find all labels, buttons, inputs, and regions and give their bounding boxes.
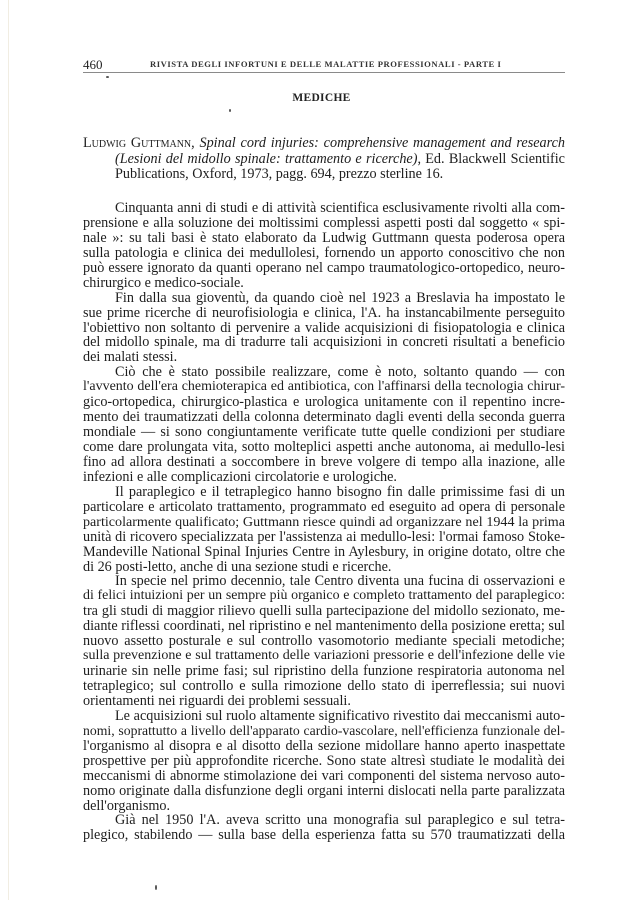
body-line: nomo originate dalla disfunzione degli o… xyxy=(83,784,565,799)
body-line: dei malati stessi. xyxy=(83,350,565,365)
citation-publisher-start: , Ed. Blackwell Scientific xyxy=(417,151,565,167)
body-line: sue prime ricerche di neurofisiologia e … xyxy=(83,306,565,321)
citation-title-italian: (Lesioni del midollo spinale: trattament… xyxy=(115,151,417,167)
body-line: In specie nel primo decennio, tale Centr… xyxy=(83,574,565,589)
book-citation: Ludwig Guttmann, Spinal cord injuries: c… xyxy=(83,136,565,183)
body-line: l'avvento dell'era chemioterapica ed ant… xyxy=(83,380,565,395)
body-line: Il paraplegico e il tetraplegico hanno b… xyxy=(83,485,565,500)
citation-line-2: (Lesioni del midollo spinale: trattament… xyxy=(83,152,565,168)
page-edge xyxy=(8,0,9,900)
citation-line-1: Ludwig Guttmann, Spinal cord injuries: c… xyxy=(83,136,565,152)
citation-line-3: Publications, Oxford, 1973, pagg. 694, p… xyxy=(83,167,565,183)
body-line: nomi, soprattutto a livello dell'apparat… xyxy=(83,724,565,739)
body-line: Fin dalla sua gioventù, da quando cioè n… xyxy=(83,291,565,306)
body-line: sulla prevenzione e sul trattamento dell… xyxy=(83,649,565,664)
body-line: urinarie sin nelle prime fasi; sul ripri… xyxy=(83,664,565,679)
body-line: diante riflessi coordinati, nel ripristi… xyxy=(83,619,565,634)
body-line: nale »: su tali basi è stato elaborato d… xyxy=(83,231,565,246)
body-line: particolare e articolato trattamento, pr… xyxy=(83,500,565,515)
body-line: prospettive per più approfondite ricerch… xyxy=(83,754,565,769)
body-line: plegico, stabilendo — sulla base della e… xyxy=(83,828,565,843)
running-head: 460 RIVISTA DEGLI INFORTUNI E DELLE MALA… xyxy=(83,57,565,73)
scan-speck xyxy=(229,109,231,112)
body-line: di felici intuizioni per un sempre più o… xyxy=(83,589,565,604)
body-line: Le acquisizioni sul ruolo altamente sign… xyxy=(83,709,565,724)
body-line: Mandeville National Spinal Injuries Cent… xyxy=(83,545,565,560)
body-line: mondiale — si sono congiuntamente verifi… xyxy=(83,425,565,440)
body-line: fino ad allora destinati a soccombere in… xyxy=(83,455,565,470)
body-line: meccanismi di abnorme stimolazione dei v… xyxy=(83,769,565,784)
review-body: Cinquanta anni di studi e di attività sc… xyxy=(83,201,565,843)
citation-author: Ludwig Guttmann xyxy=(83,135,191,151)
body-line: tetraplegico; sul controllo e sulla rimo… xyxy=(83,679,565,694)
body-line: dell'organismo. xyxy=(83,799,565,814)
body-line: infezioni e alle complicazioni circolato… xyxy=(83,470,565,485)
scan-speck xyxy=(106,76,109,78)
body-line: nuovo assetto posturale e sul controllo … xyxy=(83,634,565,649)
page-number: 460 xyxy=(83,57,103,73)
body-line: l'obiettivo non soltanto di pervenire a … xyxy=(83,321,565,336)
body-line: come dare prolungata vita, sotto moltepl… xyxy=(83,440,565,455)
scan-speck xyxy=(155,885,157,890)
body-line: di 26 posti-letto, anche di una sezione … xyxy=(83,560,565,575)
body-line: l'organismo al disopra e al disotto dell… xyxy=(83,739,565,754)
body-line: prensione e alla soluzione dei moltissim… xyxy=(83,216,565,231)
citation-title-english: Spinal cord injuries: comprehensive mana… xyxy=(199,135,565,151)
body-line: Cinquanta anni di studi e di attività sc… xyxy=(83,201,565,216)
section-title: MEDICHE xyxy=(0,92,643,104)
body-line: unità di ricovero specializzata per l'as… xyxy=(83,530,565,545)
header-rule xyxy=(83,72,565,73)
body-line: del midollo spinale, ma di tradurre tali… xyxy=(83,335,565,350)
body-line: mento dei traumatizzati della colonna de… xyxy=(83,410,565,425)
body-line: Ciò che è stato possibile realizzare, co… xyxy=(83,365,565,380)
body-line: chirurgico e medico-sociale. xyxy=(83,276,565,291)
body-line: può essere ignorato da quanti operano ne… xyxy=(83,261,565,276)
body-line: particolarmente qualificato; Guttmann ri… xyxy=(83,515,565,530)
body-line: tra gli studi di maggior rilievo quelli … xyxy=(83,604,565,619)
body-line: Già nel 1950 l'A. aveva scritto una mono… xyxy=(83,813,565,828)
body-line: gico-ortopedica, chirurgico-plastica e u… xyxy=(83,395,565,410)
body-line: sulla patologia e clinica dei medulloles… xyxy=(83,246,565,261)
journal-title: RIVISTA DEGLI INFORTUNI E DELLE MALATTIE… xyxy=(150,59,501,69)
body-line: orientamenti nei riguardi dei problemi s… xyxy=(83,694,565,709)
citation-publication-details: Publications, Oxford, 1973, pagg. 694, p… xyxy=(115,166,443,182)
